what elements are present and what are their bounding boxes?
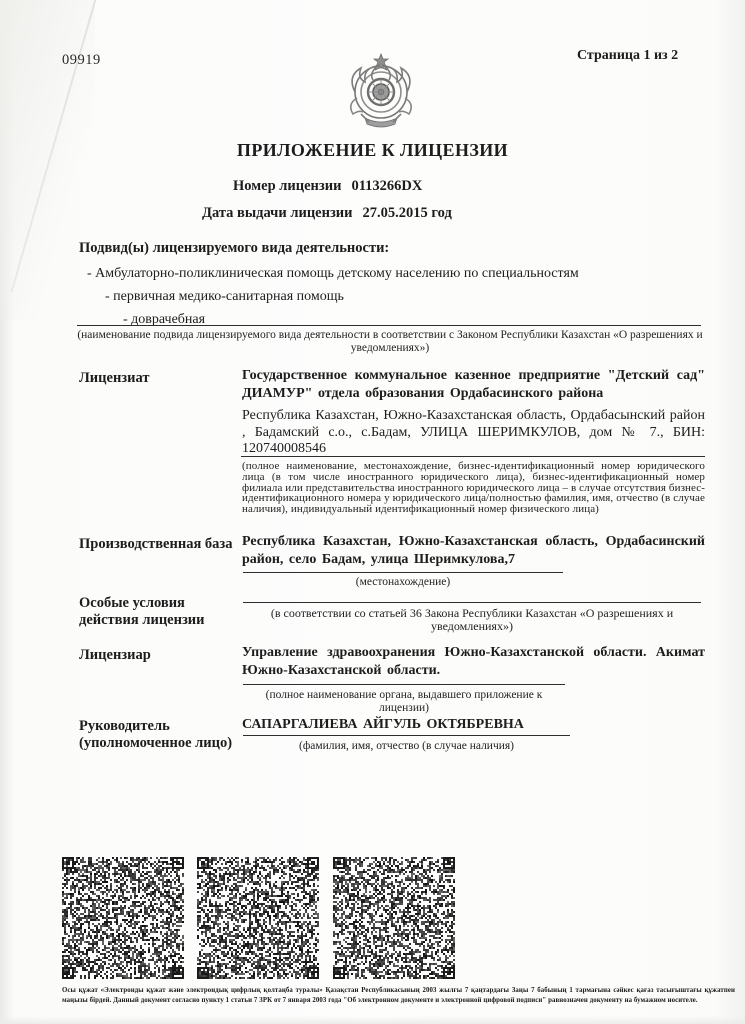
subtypes-heading: Подвид(ы) лицензируемого вида деятельнос… [79, 240, 389, 257]
special-conditions-caption: (в соответствии со статьей 36 Закона Рес… [243, 607, 701, 632]
special-conditions-divider [243, 602, 701, 603]
subtype-item: - Амбулаторно-поликлиническая помощь дет… [87, 266, 579, 282]
qr-code-2 [197, 857, 319, 979]
license-number-label: Номер лицензии [233, 178, 341, 194]
subtype-item: - первичная медико-санитарная помощь [105, 289, 344, 305]
special-conditions-label-line2: действия лицензии [79, 612, 205, 629]
head-label-line1: Руководитель [79, 718, 170, 735]
special-conditions-label-line1: Особые условия [79, 595, 185, 612]
production-base-caption: (местонахождение) [243, 576, 563, 589]
licensor-label: Лицензиар [79, 647, 151, 664]
qr-code-3 [333, 857, 455, 979]
license-number-row: Номер лицензии0113266DX [233, 178, 422, 195]
subtypes-caption: (наименование подвида лицензируемого вид… [77, 329, 703, 354]
production-base-divider [243, 572, 563, 573]
license-date-row: Дата выдачи лицензии27.05.2015 год [202, 205, 452, 222]
subtypes-divider [77, 325, 701, 326]
page-title: ПРИЛОЖЕНИЕ К ЛИЦЕНЗИИ [0, 140, 745, 161]
license-date-value: 27.05.2015 год [363, 205, 452, 221]
licensor-divider [243, 684, 565, 685]
head-label-line2: (уполномоченное лицо) [79, 735, 232, 752]
footer-legal-text: Осы құжат «Электронды құжат және электро… [62, 986, 735, 1005]
licensee-label: Лицензиат [79, 370, 149, 387]
head-divider [243, 735, 570, 736]
head-value: САПАРГАЛИЕВА АЙГУЛЬ ОКТЯБРЕВНА [242, 716, 705, 734]
production-base-label: Производственная база [79, 536, 233, 553]
license-number-value: 0113266DX [351, 178, 422, 194]
scan-edge-shadow [0, 1016, 745, 1024]
scanned-license-page: 09919 [0, 0, 745, 1024]
licensor-caption: (полное наименование органа, выдавшего п… [243, 689, 565, 714]
page-indicator: Страница 1 из 2 [577, 48, 678, 64]
license-date-label: Дата выдачи лицензии [202, 205, 353, 221]
licensee-name: Государственное коммунальное казенное пр… [242, 367, 705, 402]
production-base-value: Республика Казахстан, Южно-Казахстанская… [242, 533, 705, 568]
licensee-divider [241, 456, 705, 457]
kazakhstan-emblem-icon [336, 48, 426, 134]
licensee-address: Республика Казахстан, Южно-Казахстанская… [242, 408, 705, 458]
head-caption: (фамилия, имя, отчество (в случае наличи… [243, 740, 570, 753]
qr-code-1 [62, 857, 184, 979]
document-number: 09919 [62, 52, 101, 69]
licensor-value: Управление здравоохранения Южно-Казахста… [242, 644, 705, 679]
licensee-caption: (полное наименование, местонахождение, б… [242, 461, 705, 515]
